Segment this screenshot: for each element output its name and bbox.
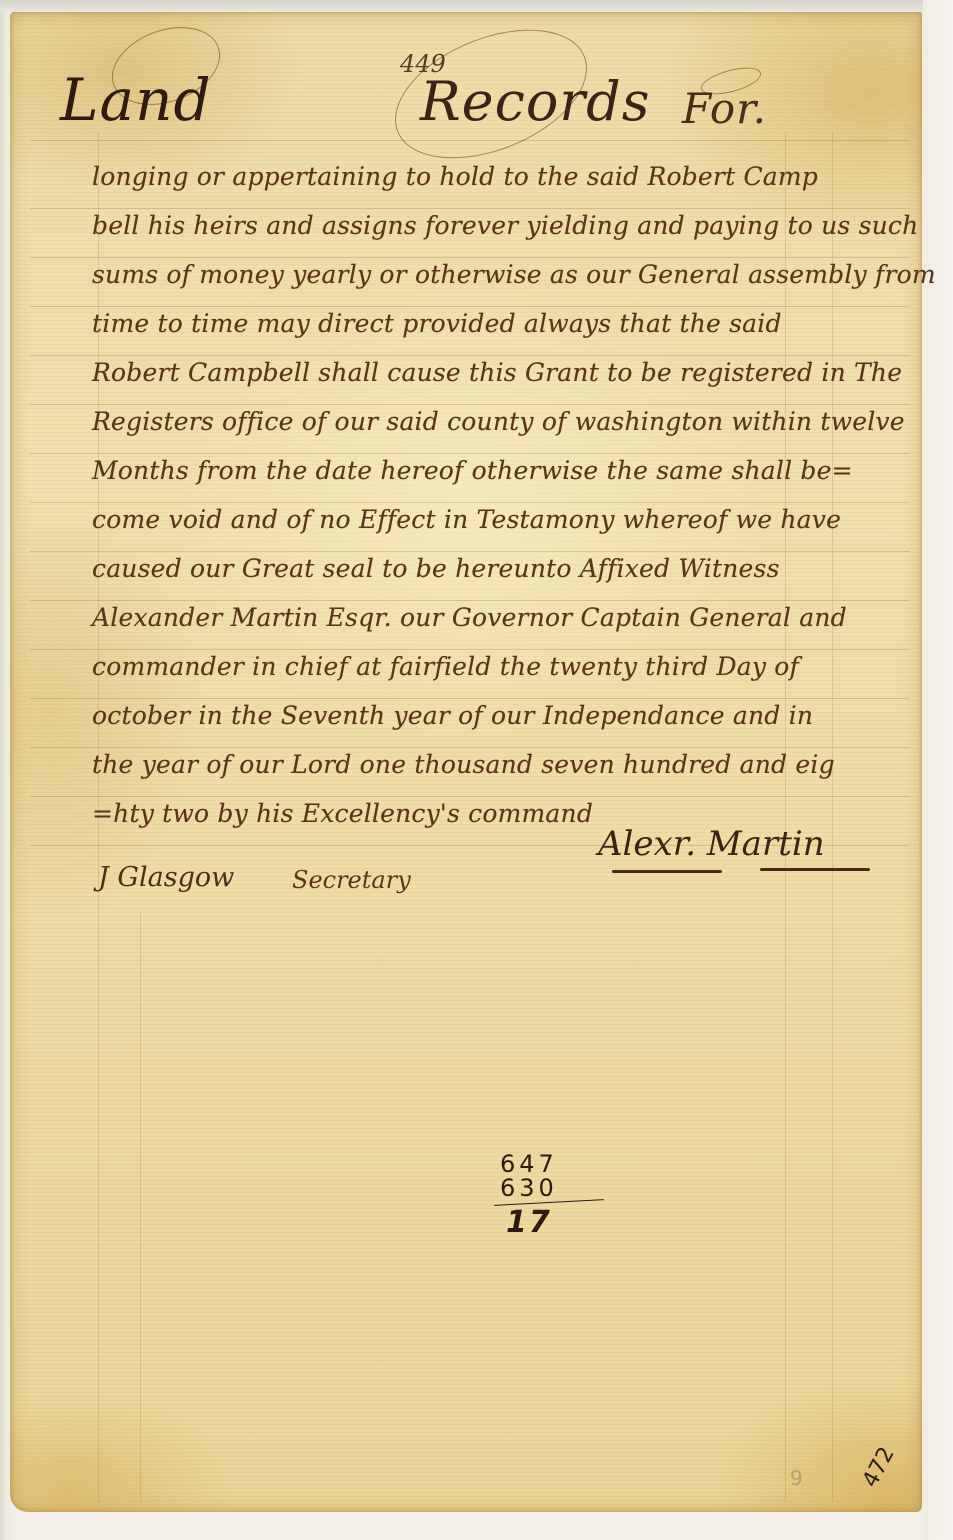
text-line: sums of money yearly or otherwise as our… (92, 250, 912, 299)
page-number: 449 (400, 50, 446, 78)
signature-underline (760, 868, 870, 871)
margin-rule (140, 912, 141, 1502)
tally-middle: 630 (500, 1176, 600, 1200)
mount-edge-right (923, 0, 953, 1540)
heading-land: Land (60, 66, 212, 134)
text-line: come void and of no Effect in Testamony … (92, 495, 912, 544)
signature-underline (612, 870, 722, 873)
text-line: Alexander Martin Esqr. our Governor Capt… (92, 593, 912, 642)
tally-calculation: 647 630 17 (500, 1152, 600, 1240)
record-heading: Land Records For. 449 (40, 40, 860, 150)
secretary-title: Secretary (292, 866, 411, 894)
text-line: time to time may direct provided always … (92, 299, 912, 348)
mount-edge-top (0, 0, 953, 12)
tally-top: 647 (500, 1152, 600, 1176)
text-line: caused our Great seal to be hereunto Aff… (92, 544, 912, 593)
text-line: bell his heirs and assigns forever yield… (92, 201, 912, 250)
text-line: october in the Seventh year of our Indep… (92, 691, 912, 740)
signature-block: Alexr. Martin J Glasgow Secretary (92, 826, 912, 906)
grant-text: longing or appertaining to hold to the s… (92, 152, 912, 838)
document-scan: Land Records For. 449 longing or apperta… (0, 0, 953, 1540)
tally-result: 17 (500, 1205, 600, 1240)
text-line: longing or appertaining to hold to the s… (92, 152, 912, 201)
text-line: Months from the date hereof otherwise th… (92, 446, 912, 495)
governor-signature: Alexr. Martin (598, 824, 825, 864)
text-line: Registers office of our said county of w… (92, 397, 912, 446)
heading-for: For. (682, 84, 767, 133)
heading-records: Records (420, 70, 650, 133)
text-line: commander in chief at fairfield the twen… (92, 642, 912, 691)
faint-pencil-mark: 9 (790, 1466, 803, 1490)
text-line: the year of our Lord one thousand seven … (92, 740, 912, 789)
secretary-signature: J Glasgow (98, 862, 234, 893)
text-line: Robert Campbell shall cause this Grant t… (92, 348, 912, 397)
